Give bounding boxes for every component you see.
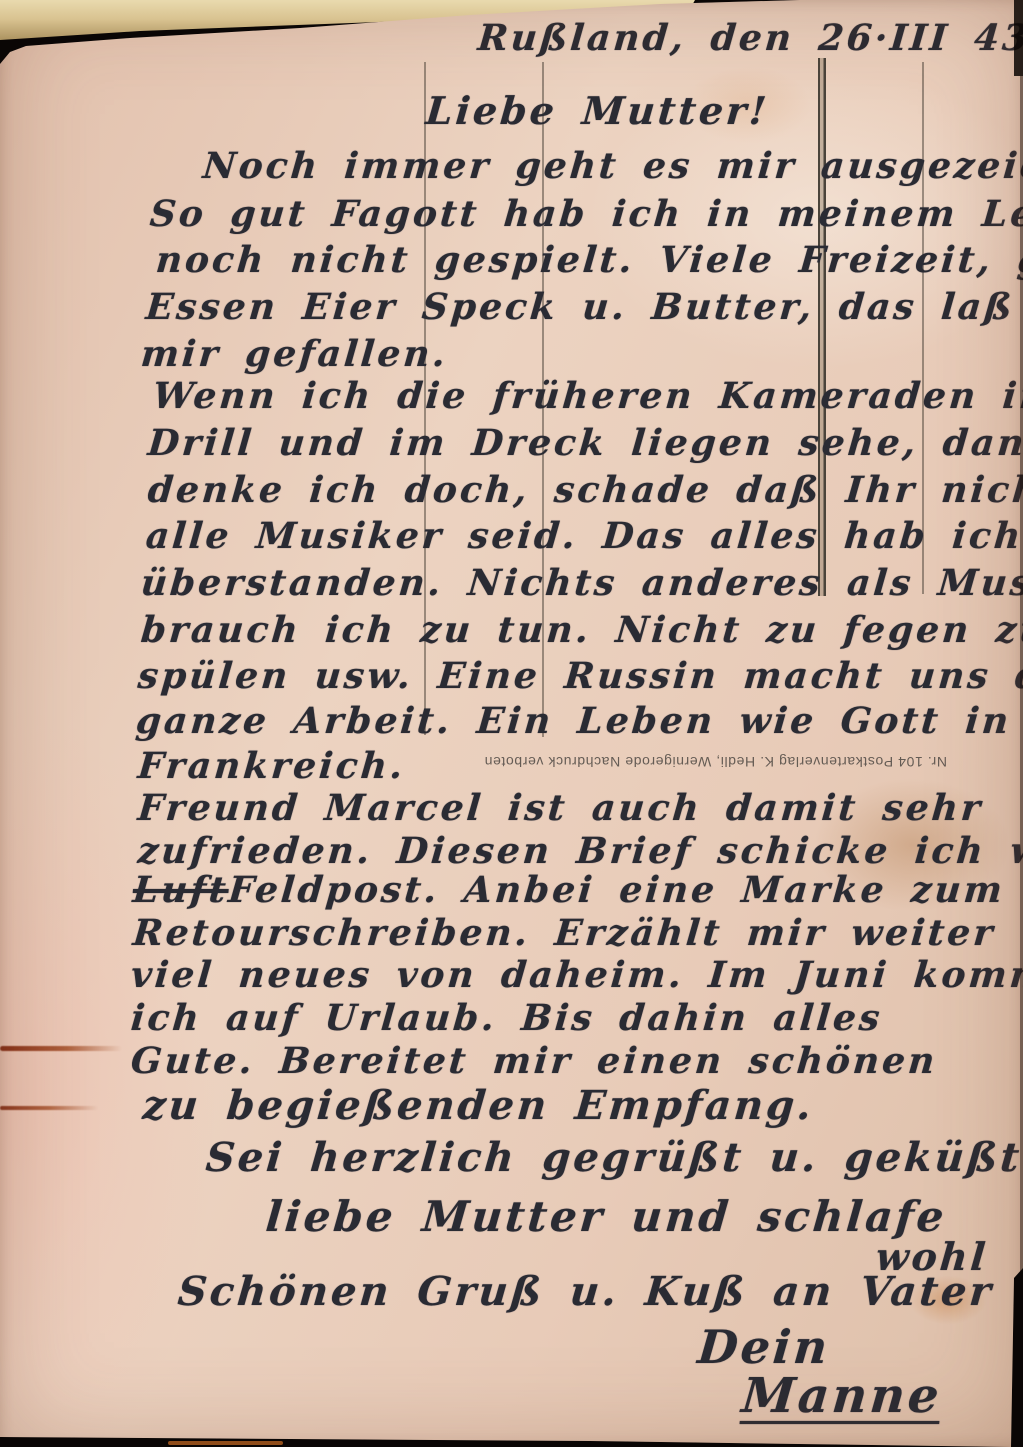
handwriting-line: Noch immer geht es mir ausgezeichnet,	[201, 148, 1023, 184]
handwriting-line: denke ich doch, schade daß Ihr nicht	[146, 472, 1023, 508]
handwriting-line: Gute. Bereitet mir einen schönen	[129, 1043, 939, 1079]
handwriting-layer: Rußland, den 26·III 43Liebe Mutter!Noch …	[0, 0, 1023, 1447]
handwriting-line: mir gefallen.	[139, 336, 449, 372]
signature-dein: Dein	[696, 1324, 832, 1370]
handwriting-line: Drill und im Dreck liegen sehe, dann	[146, 425, 1023, 461]
handwriting-line: Frankreich.	[136, 748, 407, 784]
paper-fleck	[168, 1441, 283, 1445]
handwriting-line: Retourschreiben. Erzählt mir weiter	[131, 915, 997, 951]
handwriting-line: So gut Fagott hab ich in meinem Leben	[148, 196, 1023, 232]
closing-line: Sei herzlich gegrüßt u. geküßt	[204, 1138, 1023, 1178]
handwriting-line: spülen usw. Eine Russin macht uns die	[136, 658, 1023, 694]
photo-background: Nr. 104 Postkartenverlag K. Hedli, Werni…	[0, 0, 1023, 1447]
postcard: Nr. 104 Postkartenverlag K. Hedli, Werni…	[0, 0, 1023, 1447]
signature-name: Manne	[740, 1372, 944, 1420]
handwriting-line: zu begießenden Empfang.	[141, 1086, 815, 1126]
handwriting-line: brauch ich zu tun. Nicht zu fegen zu	[139, 612, 1023, 648]
handwriting-line: viel neues von daheim. Im Juni komm	[129, 957, 1023, 993]
salutation: Liebe Mutter!	[424, 92, 770, 130]
handwriting-line: noch nicht gespielt. Viele Freizeit, gut…	[154, 242, 1023, 278]
handwriting-line: ganze Arbeit. Ein Leben wie Gott in	[134, 703, 1012, 739]
handwriting-line: Freund Marcel ist auch damit sehr	[136, 790, 984, 826]
closing-line: Schönen Gruß u. Kuß an Vater u.	[176, 1272, 1023, 1312]
closing-line: liebe Mutter und schlafe	[264, 1196, 948, 1238]
crossed-out-word: Luft	[131, 869, 230, 911]
handwriting-line: überstanden. Nichts anderes als Musik	[139, 565, 1023, 601]
handwriting-line: zufrieden. Diesen Brief schicke ich wied…	[136, 833, 1023, 869]
handwriting-line: LuftFeldpost. Anbei eine Marke zum	[131, 872, 1006, 908]
photo-edge-shadow	[1014, 0, 1023, 76]
date-line: Rußland, den 26·III 43	[476, 20, 1023, 56]
handwriting-line: alle Musiker seid. Das alles hab ich	[144, 518, 1023, 554]
handwriting-line: Essen Eier Speck u. Butter, das laß ich	[144, 289, 1023, 325]
handwriting-line: ich auf Urlaub. Bis dahin alles	[129, 1000, 884, 1036]
handwriting-line: Wenn ich die früheren Kameraden im	[151, 378, 1023, 414]
